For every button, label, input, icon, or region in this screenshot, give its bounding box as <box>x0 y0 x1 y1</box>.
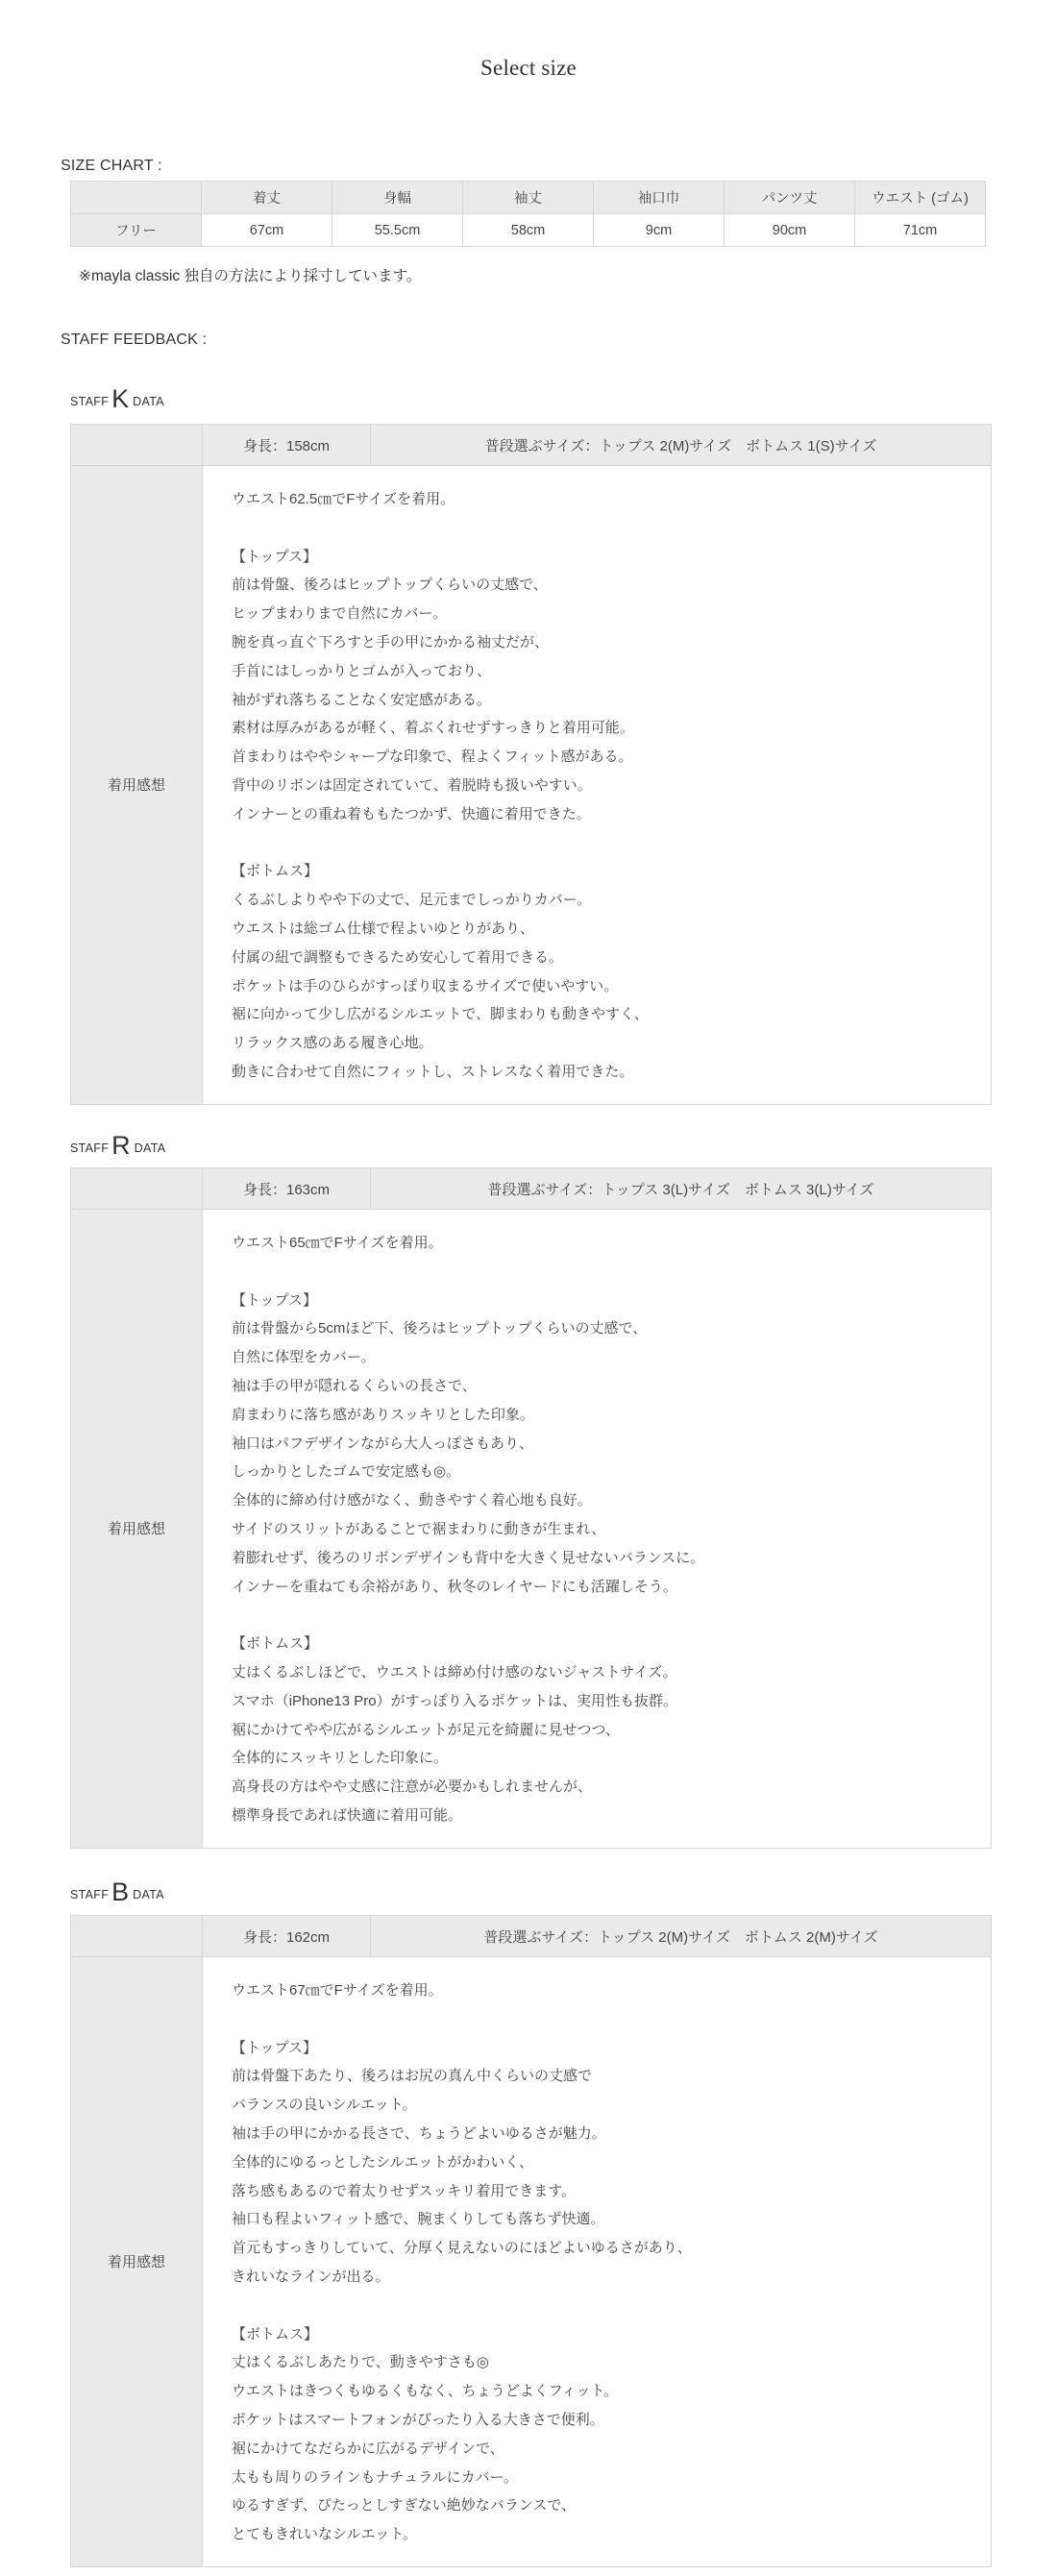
staff-initial: K <box>111 384 129 413</box>
feedback-line: ポケットはスマートフォンがぴったり入る大きさで便利。 <box>232 2406 962 2435</box>
staff-usual-size: 普段選ぶサイズ：トップス 2(M)サイズ ボトムス 1(S)サイズ <box>371 425 992 466</box>
staff-height: 身長：162cm <box>203 1916 371 1957</box>
feedback-line: 前は骨盤から5cmほど下、後ろはヒップトップくらいの丈感で、 <box>232 1314 962 1343</box>
staff-feedback-row: 着用感想 ウエスト65㎝でFサイズを着用。 【トップス】 前は骨盤から5cmほど… <box>71 1210 992 1849</box>
staff-k-heading: STAFFKDATA <box>70 384 164 414</box>
size-name: フリー <box>71 214 202 247</box>
staff-corner-cell <box>71 425 203 466</box>
feedback-label: 着用感想 <box>71 1210 203 1849</box>
staff-r-heading: STAFFRDATA <box>70 1131 165 1161</box>
feedback-line-blank <box>232 514 962 543</box>
feedback-line: ウエストは総ゴム仕様で程よいゆとりがあり、 <box>232 915 962 944</box>
feedback-line: 裾に向かって少し広がるシルエットで、脚まわりも動きやすく、 <box>232 1000 962 1029</box>
page-title: Select size <box>0 56 1057 81</box>
feedback-line: インナーとの重ね着ももたつかず、快適に着用できた。 <box>232 800 962 829</box>
feedback-line: 前は骨盤、後ろはヒップトップくらいの丈感で、 <box>232 571 962 600</box>
feedback-line-blank <box>232 2005 962 2034</box>
feedback-line: ポケットは手のひらがすっぽり収まるサイズで使いやすい。 <box>232 972 962 1001</box>
feedback-line: 太もも周りのラインもナチュラルにカバー。 <box>232 2464 962 2492</box>
size-value: 58cm <box>463 214 594 247</box>
size-chart-col-waist: ウエスト (ゴム) <box>855 182 986 214</box>
size-chart-col-width: 身幅 <box>332 182 463 214</box>
feedback-line-blank <box>232 1258 962 1287</box>
feedback-line: 首元もすっきりしていて、分厚く見えないのにほどよいゆるさがあり、 <box>232 2234 962 2263</box>
staff-usual-size: 普段選ぶサイズ：トップス 3(L)サイズ ボトムス 3(L)サイズ <box>371 1168 992 1210</box>
feedback-line: 自然に体型をカバー。 <box>232 1343 962 1372</box>
staff-prefix: STAFF <box>70 395 109 408</box>
size-value: 71cm <box>855 214 986 247</box>
feedback-line: インナーを重ねても余裕があり、秋冬のレイヤードにも活躍しそう。 <box>232 1573 962 1602</box>
staff-corner-cell <box>71 1916 203 1957</box>
feedback-line: ゆるすぎず、ぴたっとしすぎない絶妙なバランスで、 <box>232 2491 962 2520</box>
feedback-section-tops: 【トップス】 <box>232 1287 962 1315</box>
feedback-line: バランスの良いシルエット。 <box>232 2091 962 2120</box>
feedback-line: リラックス感のある履き心地。 <box>232 1029 962 1058</box>
feedback-line: 素材は厚みがあるが軽く、着ぶくれせずすっきりと着用可能。 <box>232 714 962 743</box>
feedback-line: 袖は手の甲が隠れるくらいの長さで、 <box>232 1372 962 1401</box>
feedback-line: しっかりとしたゴムで安定感も◎。 <box>232 1458 962 1486</box>
staff-initial: R <box>111 1131 131 1160</box>
feedback-line: 袖は手の甲にかかる長さで、ちょうどよいゆるさが魅力。 <box>232 2120 962 2148</box>
feedback-body: ウエスト65㎝でFサイズを着用。 【トップス】 前は骨盤から5cmほど下、後ろは… <box>203 1210 992 1849</box>
staff-height: 身長：163cm <box>203 1168 371 1210</box>
feedback-line: 付属の紐で調整もできるため安心して着用できる。 <box>232 944 962 972</box>
staff-feedback-row: 着用感想 ウエスト67㎝でFサイズを着用。 【トップス】 前は骨盤下あたり、後ろ… <box>71 1957 992 2567</box>
size-chart-label: SIZE CHART : <box>61 158 162 175</box>
staff-feedback-row: 着用感想 ウエスト62.5㎝でFサイズを着用。 【トップス】 前は骨盤、後ろはヒ… <box>71 466 992 1105</box>
feedback-line: 全体的にゆるっとしたシルエットがかわいく、 <box>232 2148 962 2177</box>
feedback-line: ウエストはきつくもゆるくもなく、ちょうどよくフィット。 <box>232 2377 962 2406</box>
feedback-line: 丈はくるぶしあたりで、動きやすさも◎ <box>232 2348 962 2377</box>
feedback-line: 動きに合わせて自然にフィットし、ストレスなく着用できた。 <box>232 1058 962 1087</box>
feedback-line: ウエスト65㎝でFサイズを着用。 <box>232 1229 962 1258</box>
feedback-section-tops: 【トップス】 <box>232 2034 962 2063</box>
feedback-line: スマホ（iPhone13 Pro）がすっぽり入るポケットは、実用性も抜群。 <box>232 1687 962 1716</box>
staff-suffix: DATA <box>133 395 164 408</box>
feedback-section-tops: 【トップス】 <box>232 543 962 572</box>
size-chart-header-row: 着丈 身幅 袖丈 袖口巾 パンツ丈 ウエスト (ゴム) <box>71 182 986 214</box>
feedback-section-bottoms: 【ボトムス】 <box>232 1630 962 1658</box>
staff-b-table: 身長：162cm 普段選ぶサイズ：トップス 2(M)サイズ ボトムス 2(M)サ… <box>70 1915 992 2567</box>
feedback-line: ウエスト67㎝でFサイズを着用。 <box>232 1976 962 2005</box>
feedback-line: サイドのスリットがあることで裾まわりに動きが生まれ、 <box>232 1515 962 1544</box>
feedback-line: 前は骨盤下あたり、後ろはお尻の真ん中くらいの丈感で <box>232 2062 962 2091</box>
feedback-line: 首まわりはややシャープな印象で、程よくフィット感がある。 <box>232 743 962 772</box>
feedback-line: 全体的にスッキリとした印象に。 <box>232 1744 962 1773</box>
feedback-line: 肩まわりに落ち感がありスッキリとした印象。 <box>232 1401 962 1430</box>
staff-k-table: 身長：158cm 普段選ぶサイズ：トップス 2(M)サイズ ボトムス 1(S)サ… <box>70 424 992 1105</box>
size-chart-col-cuff: 袖口巾 <box>594 182 725 214</box>
size-chart-corner <box>71 182 202 214</box>
feedback-line: 袖口も程よいフィット感で、腕まくりしても落ちず快適。 <box>232 2205 962 2234</box>
staff-b-heading: STAFFBDATA <box>70 1877 164 1907</box>
size-value: 9cm <box>594 214 725 247</box>
staff-prefix: STAFF <box>70 1141 109 1155</box>
feedback-line: 標準身長であれば快適に着用可能。 <box>232 1802 962 1830</box>
feedback-line-blank <box>232 829 962 858</box>
feedback-line: 裾にかけてやや広がるシルエットが足元を綺麗に見せつつ、 <box>232 1716 962 1745</box>
feedback-line: 手首にはしっかりとゴムが入っており、 <box>232 657 962 686</box>
size-chart-note: ※mayla classic 独自の方法により採寸しています。 <box>79 264 421 285</box>
size-value: 67cm <box>202 214 332 247</box>
feedback-line: ウエスト62.5㎝でFサイズを着用。 <box>232 485 962 514</box>
staff-usual-size: 普段選ぶサイズ：トップス 2(M)サイズ ボトムス 2(M)サイズ <box>371 1916 992 1957</box>
staff-initial: B <box>111 1877 129 1906</box>
staff-header-row: 身長：158cm 普段選ぶサイズ：トップス 2(M)サイズ ボトムス 1(S)サ… <box>71 425 992 466</box>
feedback-line: くるぶしよりやや下の丈で、足元までしっかりカバー。 <box>232 886 962 915</box>
size-chart-col-sleeve: 袖丈 <box>463 182 594 214</box>
size-chart-col-pants-length: パンツ丈 <box>725 182 855 214</box>
staff-r-table: 身長：163cm 普段選ぶサイズ：トップス 3(L)サイズ ボトムス 3(L)サ… <box>70 1167 992 1849</box>
staff-corner-cell <box>71 1168 203 1210</box>
feedback-body: ウエスト62.5㎝でFサイズを着用。 【トップス】 前は骨盤、後ろはヒップトップ… <box>203 466 992 1105</box>
staff-suffix: DATA <box>133 1888 164 1901</box>
feedback-line-blank <box>232 1601 962 1630</box>
feedback-label: 着用感想 <box>71 1957 203 2567</box>
size-chart-col-length: 着丈 <box>202 182 332 214</box>
staff-height: 身長：158cm <box>203 425 371 466</box>
feedback-body: ウエスト67㎝でFサイズを着用。 【トップス】 前は骨盤下あたり、後ろはお尻の真… <box>203 1957 992 2567</box>
feedback-line: 背中のリボンは固定されていて、着脱時も扱いやすい。 <box>232 772 962 800</box>
feedback-line: とてもきれいなシルエット。 <box>232 2520 962 2549</box>
size-chart-table: 着丈 身幅 袖丈 袖口巾 パンツ丈 ウエスト (ゴム) フリー 67cm 55.… <box>70 181 986 247</box>
table-row: フリー 67cm 55.5cm 58cm 9cm 90cm 71cm <box>71 214 986 247</box>
feedback-line: 落ち感もあるので着太りせずスッキリ着用できます。 <box>232 2177 962 2206</box>
size-value: 55.5cm <box>332 214 463 247</box>
feedback-line-blank <box>232 2292 962 2320</box>
feedback-line: 袖口はパフデザインながら大人っぽさもあり、 <box>232 1430 962 1459</box>
feedback-label: 着用感想 <box>71 466 203 1105</box>
staff-header-row: 身長：162cm 普段選ぶサイズ：トップス 2(M)サイズ ボトムス 2(M)サ… <box>71 1916 992 1957</box>
feedback-line: 裾にかけてなだらかに広がるデザインで、 <box>232 2435 962 2464</box>
feedback-line: 着膨れせず、後ろのリボンデザインも背中を大きく見せないバランスに。 <box>232 1544 962 1573</box>
feedback-line: きれいなラインが出る。 <box>232 2263 962 2292</box>
feedback-line: ヒップまわりまで自然にカバー。 <box>232 600 962 628</box>
staff-feedback-label: STAFF FEEDBACK : <box>61 331 207 349</box>
staff-header-row: 身長：163cm 普段選ぶサイズ：トップス 3(L)サイズ ボトムス 3(L)サ… <box>71 1168 992 1210</box>
feedback-line: 高身長の方はやや丈感に注意が必要かもしれませんが、 <box>232 1773 962 1802</box>
size-value: 90cm <box>725 214 855 247</box>
feedback-section-bottoms: 【ボトムス】 <box>232 857 962 886</box>
feedback-line: 丈はくるぶしほどで、ウエストは締め付け感のないジャストサイズ。 <box>232 1658 962 1687</box>
feedback-line: 腕を真っ直ぐ下ろすと手の甲にかかる袖丈だが、 <box>232 628 962 657</box>
feedback-line: 全体的に締め付け感がなく、動きやすく着心地も良好。 <box>232 1486 962 1515</box>
feedback-section-bottoms: 【ボトムス】 <box>232 2320 962 2349</box>
staff-prefix: STAFF <box>70 1888 109 1901</box>
staff-suffix: DATA <box>135 1141 166 1155</box>
feedback-line: 袖がずれ落ちることなく安定感がある。 <box>232 686 962 715</box>
